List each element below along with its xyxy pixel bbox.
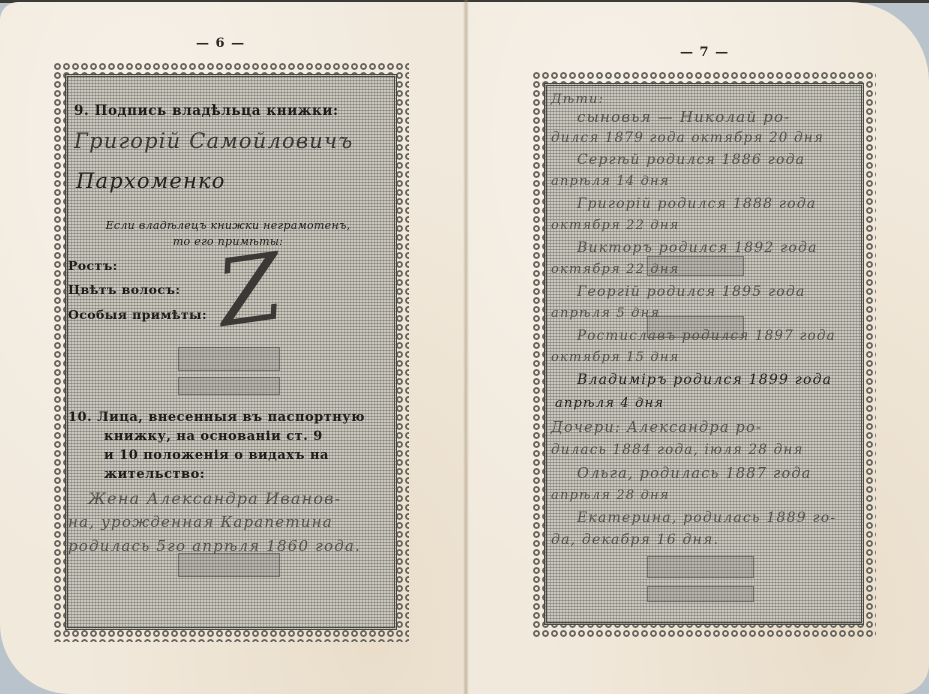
child-entry: да, декабря 16 дня. bbox=[551, 532, 719, 548]
child-entry: Ростиславъ родился 1897 года bbox=[577, 328, 836, 344]
section-9-heading: 9. Подпись владѣльца книжки: bbox=[74, 103, 384, 119]
wife-entry-line-2: на, урожденная Карапетина bbox=[68, 513, 333, 531]
child-entry: Ольга, родилась 1887 года bbox=[577, 466, 812, 482]
dash-flourish-mark: Z bbox=[212, 241, 288, 341]
section-10-line-1: 10. Лица, внесенныя въ паспортную bbox=[68, 408, 365, 427]
background-stamp bbox=[647, 586, 754, 602]
wife-entry-line-1: Жена Александра Иванов- bbox=[88, 489, 341, 508]
background-stamp bbox=[647, 556, 754, 578]
child-entry: дилась 1884 года, іюля 28 дня bbox=[551, 442, 804, 458]
section-10-line-3: и 10 положенія о видахъ на bbox=[104, 446, 329, 465]
background-stamp bbox=[178, 347, 280, 371]
child-entry: октября 22 дня bbox=[551, 218, 679, 233]
owner-signature-line-2: Пархоменко bbox=[76, 169, 226, 193]
child-entry: Владиміръ родился 1899 года bbox=[577, 372, 832, 388]
child-entry: апрѣля 4 дня bbox=[555, 396, 664, 411]
wife-entry-line-3: родилась 5го апрѣля 1860 года. bbox=[68, 537, 361, 555]
child-entry: Георгій родился 1895 года bbox=[577, 284, 806, 300]
field-height-label: Ростъ: bbox=[68, 258, 118, 273]
guilloche-panel-left: 9. Подпись владѣльца книжки: Григорій Са… bbox=[65, 74, 397, 630]
guilloche-panel-right: Дѣти: сыновья — Николай ро- дился 1879 г… bbox=[544, 83, 864, 625]
child-entry: сыновья — Николай ро- bbox=[577, 108, 790, 126]
owner-signature-line-1: Григорій Самойловичъ bbox=[74, 129, 353, 153]
ornamental-frame-right: Дѣти: сыновья — Николай ро- дился 1879 г… bbox=[532, 71, 876, 637]
child-entry: октября 15 дня bbox=[551, 350, 679, 365]
children-heading: Дѣти: bbox=[551, 92, 604, 107]
field-hair-color-label: Цвѣтъ волосъ: bbox=[68, 282, 180, 297]
page-number-left: — 6 — bbox=[196, 36, 245, 51]
background-stamp bbox=[178, 553, 280, 577]
page-left: — 6 — 9. Подпись владѣльца книжки: Григо… bbox=[0, 2, 466, 694]
illiterate-note-line-1: Если владѣлецъ книжки неграмотенъ, bbox=[68, 219, 388, 232]
child-entry: апрѣля 28 дня bbox=[551, 488, 670, 503]
child-entry: октября 22 дня bbox=[551, 262, 679, 277]
page-number-right: — 7 — bbox=[680, 45, 729, 60]
child-entry: Дочери: Александра ро- bbox=[551, 420, 762, 436]
child-entry: Викторъ родился 1892 года bbox=[577, 240, 818, 256]
book-spine-gutter bbox=[463, 0, 469, 694]
section-10-line-4: жительство: bbox=[104, 465, 205, 484]
page-right: — 7 — Дѣти: сыновья — Николай ро- дился … bbox=[466, 2, 929, 694]
child-entry: дился 1879 года октября 20 дня bbox=[551, 130, 824, 146]
background-stamp bbox=[178, 377, 280, 395]
child-entry: апрѣля 5 дня bbox=[551, 306, 660, 321]
ornamental-frame-left: 9. Подпись владѣльца книжки: Григорій Са… bbox=[53, 62, 409, 642]
field-special-marks-label: Особыя примѣты: bbox=[68, 307, 207, 322]
section-10-line-2: книжку, на основаніи ст. 9 bbox=[104, 427, 323, 446]
child-entry: Екатерина, родилась 1889 го- bbox=[577, 510, 836, 526]
child-entry: Сергѣй родился 1886 года bbox=[577, 152, 805, 168]
child-entry: Григорій родился 1888 года bbox=[577, 196, 816, 212]
child-entry: апрѣля 14 дня bbox=[551, 174, 670, 189]
